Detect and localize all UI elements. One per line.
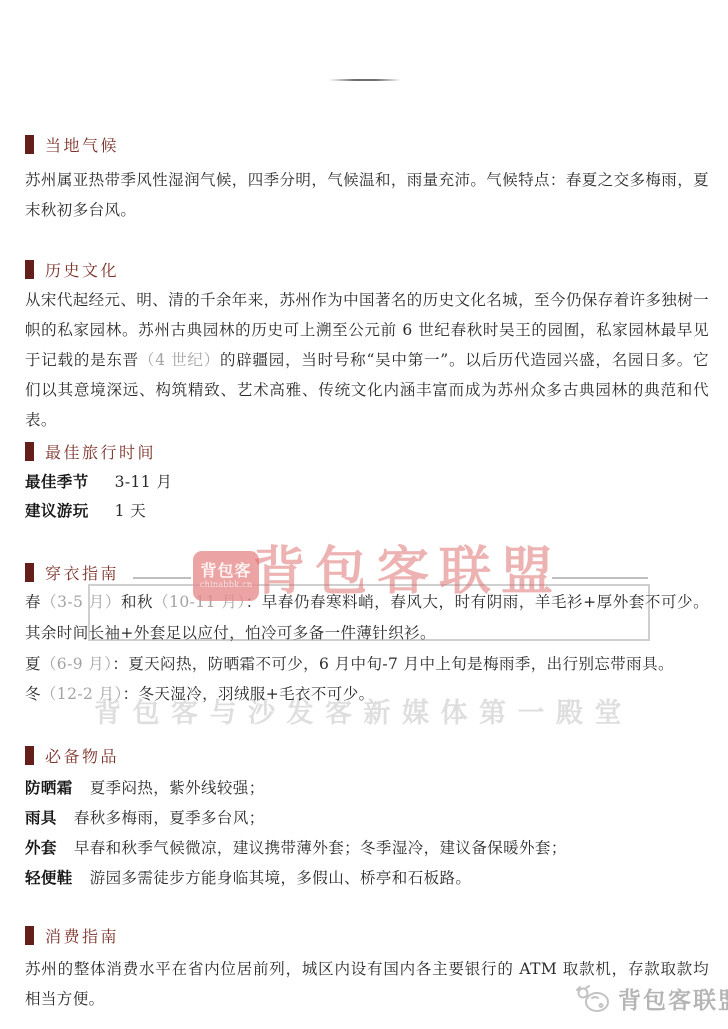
footer-brand-text: 背包客联盟 (618, 982, 728, 1015)
spring-months: （3-5 月） (41, 593, 121, 611)
suggested-stay-label: 建议游玩 (25, 501, 89, 520)
watermark-dash-right (552, 577, 648, 579)
spring-text: 春 (25, 593, 41, 611)
summer-text: 夏 (25, 655, 41, 673)
essential-item-jacket: 外套早春和秋季气候微凉，建议携带薄外套；冬季湿冷，建议备保暖外套； (25, 833, 709, 863)
section-title: 当地气候 (45, 133, 119, 156)
winter-months: （12-2 月） (41, 685, 123, 703)
watermark-badge-url: chinabbk.cn (200, 580, 252, 591)
best-season-label: 最佳季节 (25, 472, 89, 491)
history-paragraph: 从宋代起经元、明、清的千余年来，苏州作为中国著名的历史文化名城，至今仍保存着许多… (25, 285, 709, 435)
autumn-text: 和秋 (121, 593, 153, 611)
item-desc: 游园多需徒步方能身临其境，多假山、桥亭和石板路。 (90, 869, 472, 887)
heading-bar-icon (25, 135, 34, 154)
section-title: 必备物品 (45, 744, 119, 767)
section-title: 最佳旅行时间 (45, 440, 156, 463)
heading-bar-icon (25, 926, 34, 945)
item-label: 防晒霜 (25, 778, 73, 797)
suggested-stay-value: 1 天 (115, 502, 147, 520)
clothing-winter-paragraph: 冬（12-2 月）：冬天湿冷，羽绒服+毛衣不可少。 (25, 679, 709, 709)
backpacker-logo-icon (574, 984, 612, 1014)
heading-bar-icon (25, 563, 34, 582)
clothing-summer-paragraph: 夏（6-9 月）：夏天闷热，防晒霜不可少，6 月中旬-7 月中上旬是梅雨季，出行… (25, 649, 709, 679)
watermark-logo-badge: 背包客 chinabbk.cn (193, 551, 259, 601)
section-title: 穿衣指南 (45, 561, 119, 584)
item-label: 外套 (25, 838, 57, 857)
article-page: 当地气候 苏州属亚热带季风性湿润气候，四季分明，气候温和，雨量充沛。气候特点：春… (0, 0, 728, 1029)
summer-advice: ：夏天闷热，防晒霜不可少，6 月中旬-7 月中上旬是梅雨季，出行别忘带雨具。 (112, 655, 674, 673)
winter-advice: ：冬天湿冷，羽绒服+毛衣不可少。 (123, 685, 375, 703)
essential-item-shoes: 轻便鞋游园多需徒步方能身临其境，多假山、桥亭和石板路。 (25, 863, 709, 893)
suggested-stay-row: 建议游玩1 天 (25, 496, 709, 526)
item-label: 雨具 (25, 808, 57, 827)
heading-bar-icon (25, 746, 34, 765)
top-divider (329, 79, 401, 81)
summer-months: （6-9 月） (41, 655, 112, 673)
item-desc: 早春和秋季气候微凉，建议携带薄外套；冬季湿冷，建议备保暖外套； (74, 839, 567, 857)
section-title: 消费指南 (45, 924, 119, 947)
history-text-era: （4 世纪） (139, 351, 220, 369)
climate-text: 苏州属亚热带季风性湿润气候，四季分明，气候温和，雨量充沛。气候特点：春夏之交多梅… (25, 171, 709, 219)
item-desc: 春秋多梅雨，夏季多台风； (74, 809, 265, 827)
clothing-spring-paragraph: 春（3-5 月）和秋（10-11 月）：早春仍春寒料峭，春风大，时有阴雨，羊毛衫… (25, 587, 709, 649)
best-season-value: 3-11 月 (115, 473, 173, 491)
heading-bar-icon (25, 260, 34, 279)
heading-bar-icon (25, 442, 34, 461)
section-heading-spending: 消费指南 (25, 925, 119, 945)
section-heading-best-time: 最佳旅行时间 (25, 441, 156, 461)
item-desc: 夏季闷热，紫外线较强； (90, 779, 265, 797)
essential-item-raingear: 雨具春秋多梅雨，夏季多台风； (25, 803, 709, 833)
best-season-row: 最佳季节3-11 月 (25, 467, 709, 497)
item-label: 轻便鞋 (25, 868, 73, 887)
climate-paragraph: 苏州属亚热带季风性湿润气候，四季分明，气候温和，雨量充沛。气候特点：春夏之交多梅… (25, 165, 709, 225)
watermark-dash-left (133, 577, 191, 579)
essential-item-sunscreen: 防晒霜夏季闷热，紫外线较强； (25, 773, 709, 803)
winter-text: 冬 (25, 685, 41, 703)
section-heading-history: 历史文化 (25, 259, 119, 279)
section-heading-clothing: 穿衣指南 (25, 562, 119, 582)
section-heading-essentials: 必备物品 (25, 745, 119, 765)
section-heading-climate: 当地气候 (25, 134, 119, 154)
footer-brand: 背包客联盟 (574, 982, 728, 1015)
section-title: 历史文化 (45, 258, 119, 281)
watermark-badge-text: 背包客 (200, 562, 251, 580)
